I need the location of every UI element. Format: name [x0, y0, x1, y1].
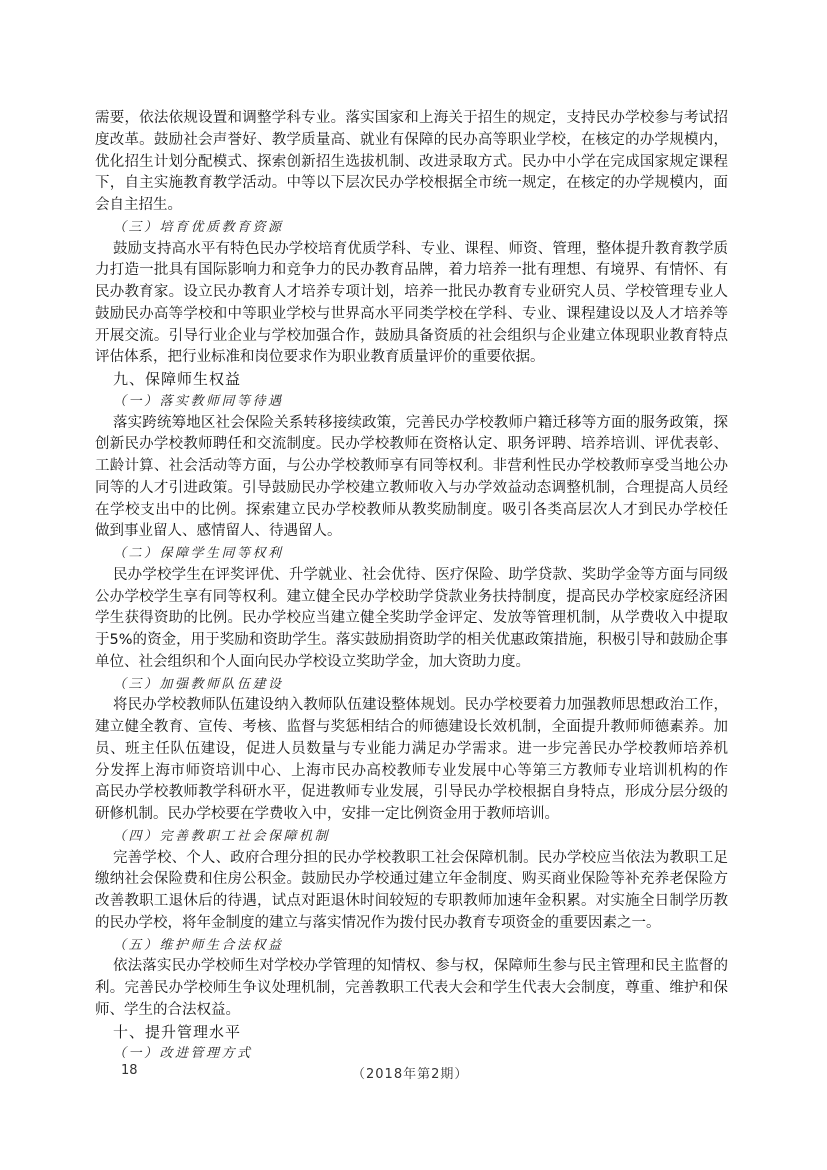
- text-line: 于5%的资金，用于奖励和资助学生。落实鼓励捐资助学的相关优惠政策措施，积极引导和…: [95, 630, 728, 652]
- text-line: 高民办学校教师教学科研水平，促进教师专业发展，引导民办学校根据自身特点，形成分层…: [95, 782, 728, 804]
- subsection-heading: （一）落实教师同等待遇: [95, 391, 728, 413]
- text-line: 民办学校学生在评奖评优、升学就业、社会优待、医疗保险、助学贷款、奖助学金等方面与…: [95, 565, 728, 587]
- text-line: 改善教职工退休后的待遇，试点对距退休时间较短的专职教师加速年金积累。对实施全日制…: [95, 891, 728, 913]
- text-line: 将民办学校教师队伍建设纳入教师队伍建设整体规划。民办学校要着力加强教师思想政治工…: [95, 695, 728, 717]
- text-line: 分发挥上海市师资培训中心、上海市民办高校教师专业发展中心等第三方教师专业培训机构…: [95, 761, 728, 783]
- text-line: 鼓励支持高水平有特色民办学校培育优质学科、专业、课程、师资、管理，整体提升教育教…: [95, 239, 728, 261]
- subsection-heading: （四）完善教职工社会保障机制: [95, 826, 728, 848]
- resources-paragraph: 鼓励支持高水平有特色民办学校培育优质学科、专业、课程、师资、管理，整体提升教育教…: [95, 239, 728, 370]
- social-security-paragraph: 完善学校、个人、政府合理分担的民办学校教职工社会保障机制。民办学校应当依法为教职…: [95, 848, 728, 935]
- text-line: 创新民办学校教师聘任和交流制度。民办学校教师在资格认定、职务评聘、培养培训、评优…: [95, 434, 728, 456]
- page-footer: 18 （2018年第2期）: [0, 1063, 827, 1085]
- text-line: 单位、社会组织和个人面向民办学校设立奖助学金，加大资助力度。: [95, 652, 728, 674]
- legal-rights-paragraph: 依法落实民办学校师生对学校办学管理的知情权、参与权，保障师生参与民主管理和民主监…: [95, 956, 728, 1021]
- subsection-heading: （五）维护师生合法权益: [95, 935, 728, 957]
- text-line: 员、班主任队伍建设，促进人员数量与专业能力满足办学需求。进一步完善民办学校教师培…: [95, 739, 728, 761]
- page-number: 18: [121, 1063, 138, 1078]
- text-line: 落实跨统筹地区社会保险关系转移接续政策，完善民办学校教师户籍迁移等方面的服务政策…: [95, 413, 728, 435]
- text-line: 缴纳社会保险费和住房公积金。鼓励民办学校通过建立年金制度、购买商业保险等补充养老…: [95, 869, 728, 891]
- subsection-heading: （一）改进管理方式: [95, 1043, 728, 1065]
- text-line: 完善学校、个人、政府合理分担的民办学校教职工社会保障机制。民办学校应当依法为教职…: [95, 848, 728, 870]
- text-line: 学生获得资助的比例。民办学校应当建立健全奖助学金评定、发放等管理机制，从学费收入…: [95, 608, 728, 630]
- text-line: 做到事业留人、感情留人、待遇留人。: [95, 521, 728, 543]
- subsection-heading: （三）加强教师队伍建设: [95, 674, 728, 696]
- text-line: 开展交流。引导行业企业与学校加强合作，鼓励具备资质的社会组织与企业建立体现职业教…: [95, 326, 728, 348]
- issue-label: （2018年第2期）: [352, 1063, 468, 1082]
- text-line: 需要，依法依规设置和调整学科专业。落实国家和上海关于招生的规定，支持民办学校参与…: [95, 108, 728, 130]
- teacher-team-paragraph: 将民办学校教师队伍建设纳入教师队伍建设整体规划。民办学校要着力加强教师思想政治工…: [95, 695, 728, 826]
- text-line: 鼓励民办高等学校和中等职业学校与世界高水平同类学校在学科、专业、课程建设以及人才…: [95, 304, 728, 326]
- teacher-equal-treatment-paragraph: 落实跨统筹地区社会保险关系转移接续政策，完善民办学校教师户籍迁移等方面的服务政策…: [95, 413, 728, 544]
- text-line: 同等的人才引进政策。引导鼓励民办学校建立教师收入与办学效益动态调整机制，合理提高…: [95, 478, 728, 500]
- text-line: 师、学生的合法权益。: [95, 1000, 728, 1022]
- text-line: 工龄计算、社会活动等方面，与公办学校教师享有同等权利。非营利性民办学校教师享受当…: [95, 456, 728, 478]
- text-line: 的民办学校，将年金制度的建立与落实情况作为拨付民办教育专项资金的重要因素之一。: [95, 913, 728, 935]
- text-line: 民办教育家。设立民办教育人才培养专项计划，培养一批民办教育专业研究人员、学校管理…: [95, 282, 728, 304]
- subsection-heading: （三）培育优质教育资源: [95, 217, 728, 239]
- text-line: 度改革。鼓励社会声誉好、教学质量高、就业有保障的民办高等职业学校，在核定的办学规…: [95, 130, 728, 152]
- text-line: 在学校支出中的比例。探索建立民办学校教师从教奖励制度。吸引各类高层次人才到民办学…: [95, 500, 728, 522]
- text-line: 优化招生计划分配模式、探索创新招生选拔机制、改进录取方式。民办中小学在完成国家规…: [95, 152, 728, 174]
- continuation-paragraph: 需要，依法依规设置和调整学科专业。落实国家和上海关于招生的规定，支持民办学校参与…: [95, 108, 728, 217]
- section-title: 十、提升管理水平: [95, 1022, 728, 1044]
- section-title: 九、保障师生权益: [95, 369, 728, 391]
- student-equal-rights-paragraph: 民办学校学生在评奖评优、升学就业、社会优待、医疗保险、助学贷款、奖助学金等方面与…: [95, 565, 728, 674]
- subsection-heading: （二）保障学生同等权利: [95, 543, 728, 565]
- text-line: 下，自主实施教育教学活动。中等以下层次民办学校根据全市统一规定，在核定的办学规模…: [95, 173, 728, 195]
- text-line: 建立健全教育、宣传、考核、监督与奖惩相结合的师德建设长效机制，全面提升教师师德素…: [95, 717, 728, 739]
- text-line: 公办学校学生享有同等权利。建立健全民办学校助学贷款业务扶持制度，提高民办学校家庭…: [95, 587, 728, 609]
- text-line: 研修机制。民办学校要在学费收入中，安排一定比例资金用于教师培训。: [95, 804, 728, 826]
- text-line: 评估体系，把行业标准和岗位要求作为职业教育质量评价的重要依据。: [95, 347, 728, 369]
- document-page-body: 需要，依法依规设置和调整学科专业。落实国家和上海关于招生的规定，支持民办学校参与…: [95, 108, 728, 1065]
- text-line: 利。完善民办学校师生争议处理机制，完善教职工代表大会和学生代表大会制度，尊重、维…: [95, 978, 728, 1000]
- text-line: 力打造一批具有国际影响力和竞争力的民办教育品牌，着力培养一批有理想、有境界、有情…: [95, 260, 728, 282]
- text-line: 会自主招生。: [95, 195, 728, 217]
- text-line: 依法落实民办学校师生对学校办学管理的知情权、参与权，保障师生参与民主管理和民主监…: [95, 956, 728, 978]
